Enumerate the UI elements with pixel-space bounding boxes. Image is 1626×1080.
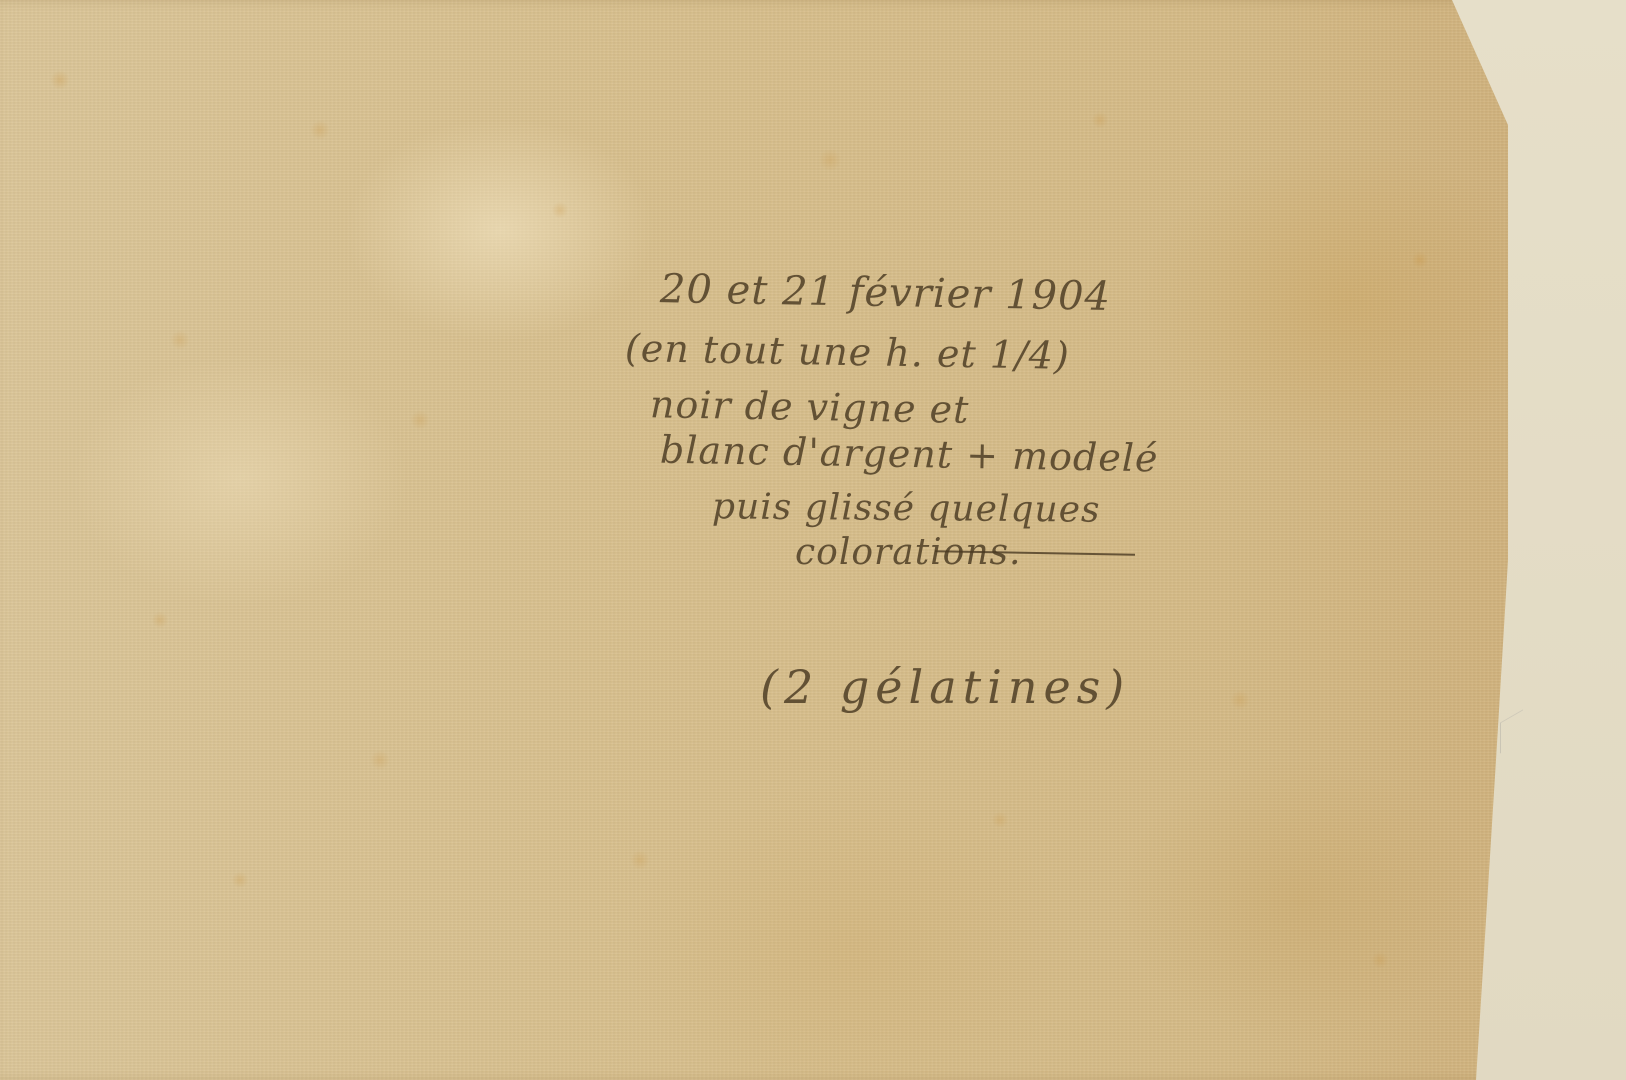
note-line-materials-2: blanc d'argent + modelé xyxy=(660,428,1159,481)
note-line-materials-1: noir de vigne et xyxy=(650,382,970,432)
note-line-duration: (en tout une h. et 1/4) xyxy=(625,326,1071,378)
note-line-date: 20 et 21 février 1904 xyxy=(660,266,1112,320)
note-line-colorations: colorations. xyxy=(795,532,1021,573)
note-line-technique: puis glissé quelques xyxy=(712,486,1101,530)
note-line-gelatines: (2 gélatines) xyxy=(760,660,1130,714)
loose-thread xyxy=(1500,709,1523,753)
photo-stage: 20 et 21 février 1904 (en tout une h. et… xyxy=(0,0,1626,1080)
